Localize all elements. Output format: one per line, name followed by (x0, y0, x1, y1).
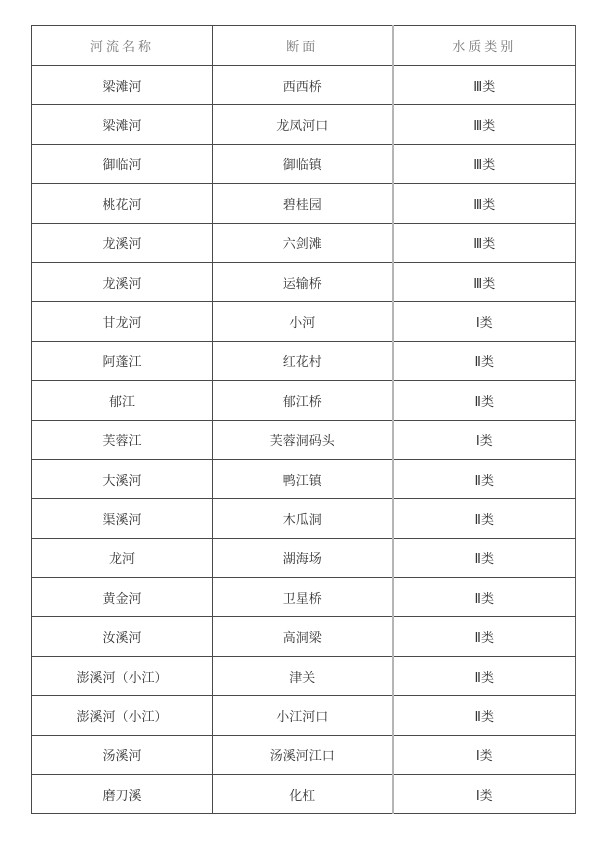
river-name-cell: 黄金河 (32, 578, 213, 617)
table-row: 御临河御临镇Ⅲ类 (32, 144, 576, 183)
section-cell: 小江河口 (213, 696, 393, 735)
table-row: 阿蓬江红花村Ⅱ类 (32, 341, 576, 380)
water-quality-cell: Ⅱ类 (393, 499, 576, 538)
water-quality-cell: Ⅱ类 (393, 459, 576, 498)
water-quality-cell: Ⅲ类 (393, 223, 576, 262)
river-name-cell: 桃花河 (32, 184, 213, 223)
river-name-cell: 大溪河 (32, 459, 213, 498)
table-row: 芙蓉江芙蓉洞码头Ⅰ类 (32, 420, 576, 459)
water-quality-cell: Ⅱ类 (393, 538, 576, 577)
water-quality-cell: Ⅱ类 (393, 381, 576, 420)
section-cell: 郁江桥 (213, 381, 393, 420)
water-quality-cell: Ⅱ类 (393, 656, 576, 695)
river-name-cell: 龙溪河 (32, 223, 213, 262)
table-row: 黄金河卫星桥Ⅱ类 (32, 578, 576, 617)
section-cell: 运输桥 (213, 262, 393, 301)
section-cell: 鸭江镇 (213, 459, 393, 498)
water-quality-cell: Ⅰ类 (393, 735, 576, 774)
table-row: 龙溪河运输桥Ⅲ类 (32, 262, 576, 301)
river-name-cell: 渠溪河 (32, 499, 213, 538)
table-row: 汝溪河高洞梁Ⅱ类 (32, 617, 576, 656)
table-row: 渠溪河木瓜洞Ⅱ类 (32, 499, 576, 538)
section-cell: 高洞梁 (213, 617, 393, 656)
section-cell: 御临镇 (213, 144, 393, 183)
river-name-cell: 汝溪河 (32, 617, 213, 656)
water-quality-cell: Ⅰ类 (393, 775, 576, 814)
water-quality-cell: Ⅰ类 (393, 420, 576, 459)
section-cell: 津关 (213, 656, 393, 695)
river-name-cell: 御临河 (32, 144, 213, 183)
table-row: 郁江郁江桥Ⅱ类 (32, 381, 576, 420)
table-row: 梁滩河西西桥Ⅲ类 (32, 66, 576, 105)
table-row: 大溪河鸭江镇Ⅱ类 (32, 459, 576, 498)
water-quality-cell: Ⅱ类 (393, 696, 576, 735)
river-name-cell: 芙蓉江 (32, 420, 213, 459)
river-name-cell: 梁滩河 (32, 105, 213, 144)
water-quality-cell: Ⅲ类 (393, 105, 576, 144)
river-name-cell: 磨刀溪 (32, 775, 213, 814)
water-quality-cell: Ⅱ类 (393, 578, 576, 617)
section-cell: 西西桥 (213, 66, 393, 105)
water-quality-cell: Ⅰ类 (393, 302, 576, 341)
table-row: 梁滩河龙凤河口Ⅲ类 (32, 105, 576, 144)
section-cell: 卫星桥 (213, 578, 393, 617)
river-name-cell: 汤溪河 (32, 735, 213, 774)
river-name-cell: 澎溪河（小江） (32, 656, 213, 695)
section-cell: 湖海场 (213, 538, 393, 577)
river-name-cell: 阿蓬江 (32, 341, 213, 380)
table-row: 汤溪河汤溪河江口Ⅰ类 (32, 735, 576, 774)
water-quality-cell: Ⅲ类 (393, 144, 576, 183)
water-quality-table: 河流名称 断面 水质类别 梁滩河西西桥Ⅲ类梁滩河龙凤河口Ⅲ类御临河御临镇Ⅲ类桃花… (31, 25, 576, 814)
header-section: 断面 (213, 26, 393, 66)
water-quality-cell: Ⅱ类 (393, 617, 576, 656)
section-cell: 六剑滩 (213, 223, 393, 262)
header-water-quality: 水质类别 (393, 26, 576, 66)
water-quality-cell: Ⅱ类 (393, 341, 576, 380)
section-cell: 红花村 (213, 341, 393, 380)
section-cell: 木瓜洞 (213, 499, 393, 538)
river-name-cell: 梁滩河 (32, 66, 213, 105)
section-cell: 汤溪河江口 (213, 735, 393, 774)
river-name-cell: 澎溪河（小江） (32, 696, 213, 735)
water-quality-cell: Ⅲ类 (393, 262, 576, 301)
table-row: 桃花河碧桂园Ⅲ类 (32, 184, 576, 223)
section-cell: 化杠 (213, 775, 393, 814)
section-cell: 小河 (213, 302, 393, 341)
table-row: 澎溪河（小江）小江河口Ⅱ类 (32, 696, 576, 735)
table-header-row: 河流名称 断面 水质类别 (32, 26, 576, 66)
header-river-name: 河流名称 (32, 26, 213, 66)
river-name-cell: 龙河 (32, 538, 213, 577)
table-row: 龙河湖海场Ⅱ类 (32, 538, 576, 577)
table-row: 磨刀溪化杠Ⅰ类 (32, 775, 576, 814)
river-name-cell: 龙溪河 (32, 262, 213, 301)
section-cell: 碧桂园 (213, 184, 393, 223)
river-name-cell: 甘龙河 (32, 302, 213, 341)
water-quality-cell: Ⅲ类 (393, 66, 576, 105)
section-cell: 龙凤河口 (213, 105, 393, 144)
table-row: 澎溪河（小江）津关Ⅱ类 (32, 656, 576, 695)
water-quality-cell: Ⅲ类 (393, 184, 576, 223)
table-body: 梁滩河西西桥Ⅲ类梁滩河龙凤河口Ⅲ类御临河御临镇Ⅲ类桃花河碧桂园Ⅲ类龙溪河六剑滩Ⅲ… (32, 66, 576, 814)
section-cell: 芙蓉洞码头 (213, 420, 393, 459)
table-row: 甘龙河小河Ⅰ类 (32, 302, 576, 341)
table-row: 龙溪河六剑滩Ⅲ类 (32, 223, 576, 262)
river-name-cell: 郁江 (32, 381, 213, 420)
